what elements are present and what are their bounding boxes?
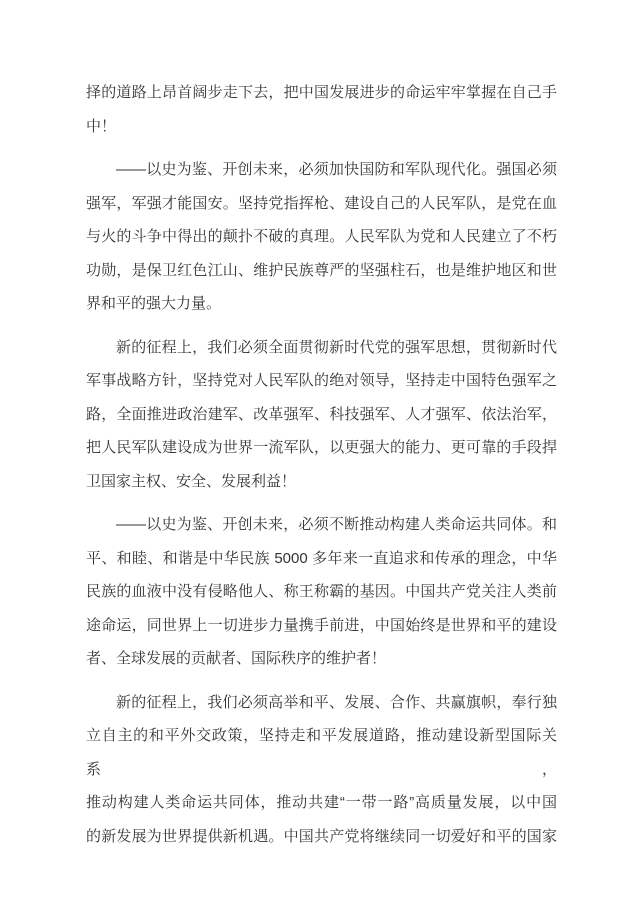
- paragraph: ——以史为鉴、开创未来，必须加快国防和军队现代化。强国必须 强军，军强才能国安。…: [86, 153, 557, 321]
- text-line: 新的征程上，我们必须全面贯彻新时代党的强军思想，贯彻新时代: [86, 331, 557, 365]
- paragraph: 择的道路上昂首阔步走下去，把中国发展进步的命运牢牢掌握在自己手 中！: [86, 76, 557, 143]
- text-line: 途命运，同世界上一切进步力量携手前进，中国始终是世界和平的建设: [86, 609, 557, 643]
- text-line: 择的道路上昂首阔步走下去，把中国发展进步的命运牢牢掌握在自己手: [86, 76, 557, 110]
- text-line: 把人民军队建设成为世界一流军队，以更强大的能力、更可靠的手段捍: [86, 431, 557, 465]
- text-line: 新的征程上，我们必须高举和平、发展、合作、共赢旗帜，奉行独: [86, 686, 557, 720]
- text-line: 民族的血液中没有侵略他人、称王称霸的基因。中国共产党关注人类前: [86, 575, 557, 609]
- paragraph: ——以史为鉴、开创未来，必须不断推动构建人类命运共同体。和 平、和睦、和谐是中华…: [86, 508, 557, 676]
- text-line: 中！: [86, 110, 557, 144]
- text-line: 界和平的强大力量。: [86, 287, 557, 321]
- text-line: ——以史为鉴、开创未来，必须加快国防和军队现代化。强国必须: [86, 153, 557, 187]
- text-line: 与火的斗争中得出的颠扑不破的真理。人民军队为党和人民建立了不朽: [86, 220, 557, 254]
- document-page: 择的道路上昂首阔步走下去，把中国发展进步的命运牢牢掌握在自己手 中！ ——以史为…: [0, 0, 639, 903]
- paragraph: 新的征程上，我们必须高举和平、发展、合作、共赢旗帜，奉行独 立自主的和平外交政策…: [86, 686, 557, 854]
- text-line: 平、和睦、和谐是中华民族 5000 多年来一直追求和传承的理念，中华: [86, 542, 557, 576]
- text-line: 功勋，是保卫红色江山、维护民族尊严的坚强柱石，也是维护地区和世: [86, 254, 557, 288]
- text-line: 卫国家主权、安全、发展利益！: [86, 465, 557, 499]
- text-line: 立自主的和平外交政策，坚持走和平发展道路，推动建设新型国际关系，: [86, 719, 557, 786]
- text-line: 推动构建人类命运共同体，推动共建“一带一路”高质量发展，以中国: [86, 786, 557, 820]
- text-line: ——以史为鉴、开创未来，必须不断推动构建人类命运共同体。和: [86, 508, 557, 542]
- paragraph: 新的征程上，我们必须全面贯彻新时代党的强军思想，贯彻新时代 军事战略方针，坚持党…: [86, 331, 557, 499]
- text-line: 军事战略方针，坚持党对人民军队的绝对领导，坚持走中国特色强军之: [86, 364, 557, 398]
- text-line: 的新发展为世界提供新机遇。中国共产党将继续同一切爱好和平的国家: [86, 820, 557, 854]
- text-line: 路，全面推进政治建军、改革强军、科技强军、人才强军、依法治军，: [86, 398, 557, 432]
- text-line: 者、全球发展的贡献者、国际秩序的维护者！: [86, 642, 557, 676]
- text-line: 强军，军强才能国安。坚持党指挥枪、建设自己的人民军队，是党在血: [86, 187, 557, 221]
